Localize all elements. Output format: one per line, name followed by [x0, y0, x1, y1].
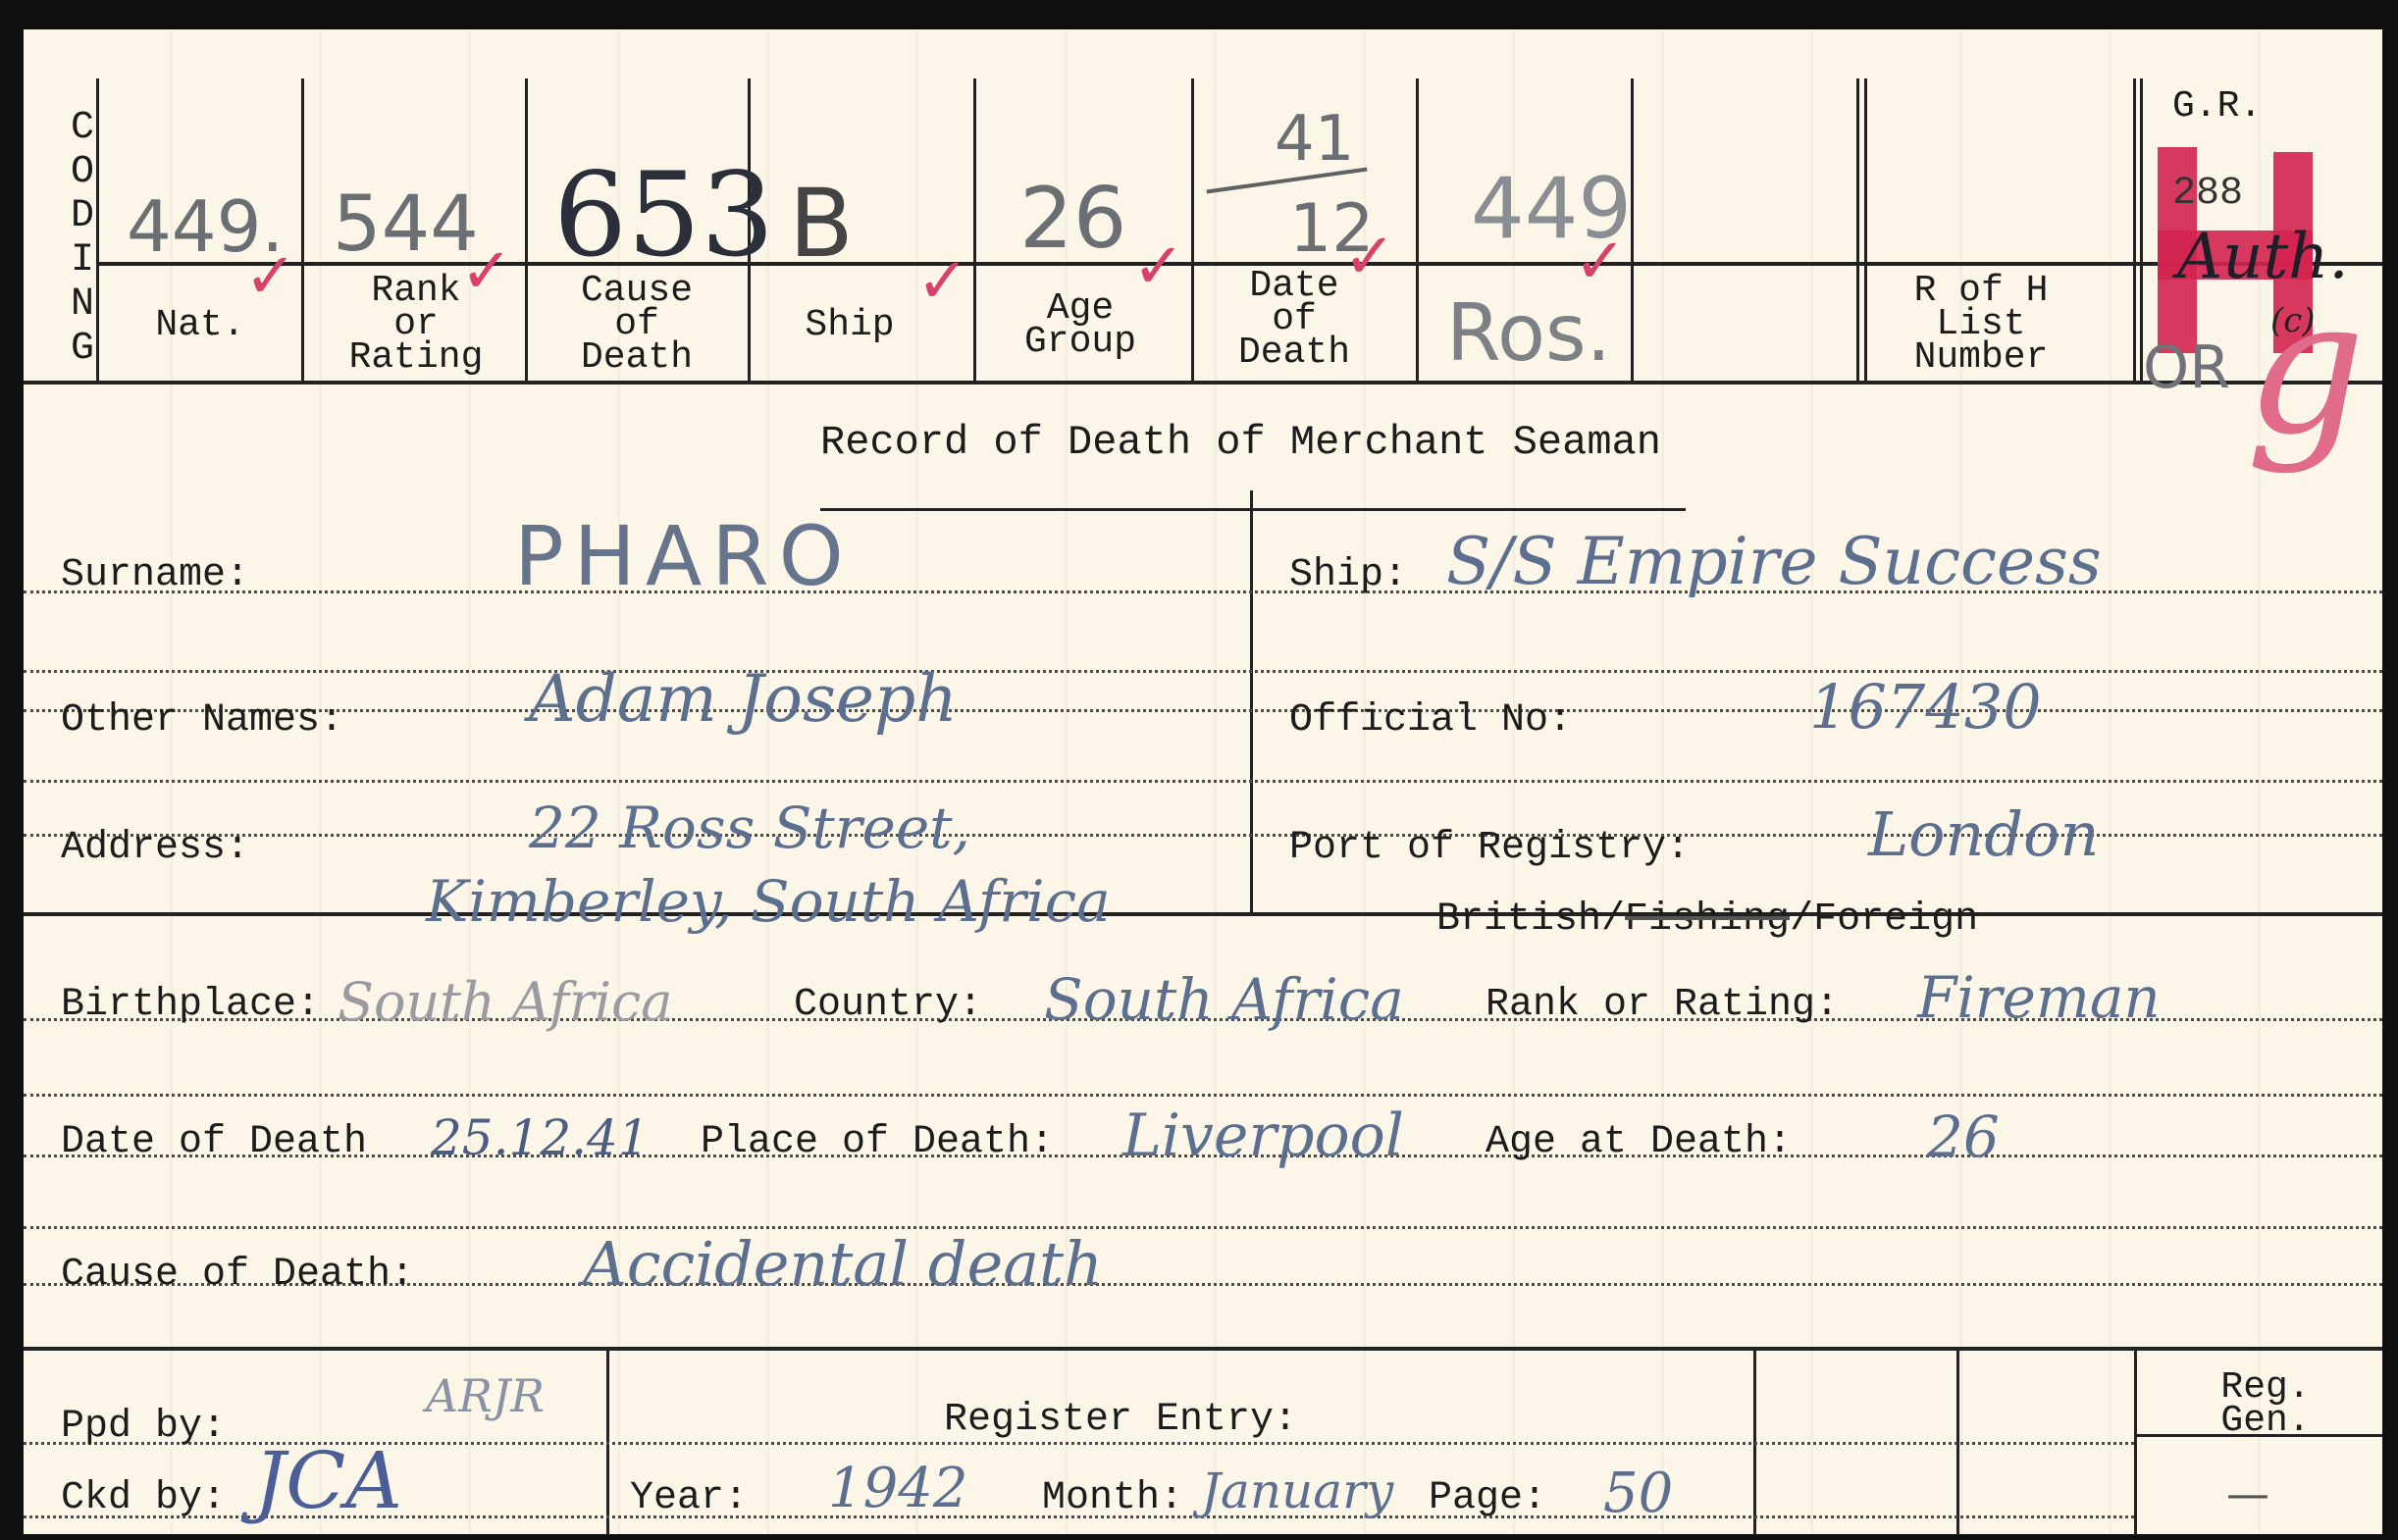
- label-line: Gen.: [2167, 1405, 2364, 1438]
- coding-col-divider: [1416, 78, 1419, 383]
- age-at-death-value: 26: [1927, 1108, 2000, 1165]
- official-no-value: 167430: [1809, 677, 2042, 738]
- gr-red-mark: g: [2246, 275, 2366, 461]
- other-names-value: Adam Joseph: [529, 667, 958, 732]
- ppd-by-label: Ppd by:: [61, 1408, 226, 1447]
- reg-gen-label: Reg. Gen.: [2167, 1371, 2364, 1438]
- coding-label-r-of-h-list-number: R of H List Number: [1868, 275, 2094, 375]
- check-mark-icon: ✓: [1132, 235, 1185, 298]
- place-of-death-value: Liverpool: [1122, 1106, 1404, 1165]
- coding-label-nationality: Nat.: [102, 309, 298, 342]
- gr-label: G.R.: [2172, 88, 2262, 126]
- year-label: Year:: [630, 1479, 748, 1518]
- code-annotation: Ros.: [1446, 294, 1611, 373]
- coding-col-divider: [2133, 78, 2136, 383]
- code-date-year: 41: [1275, 108, 1354, 171]
- page-label: Page:: [1429, 1479, 1546, 1518]
- year-value: 1942: [828, 1462, 968, 1516]
- register-entry-label: Register Entry:: [944, 1401, 1297, 1440]
- cause-of-death-value: Accidental death: [583, 1234, 1103, 1295]
- coding-col-divider: [96, 78, 99, 383]
- code-age-group: 26: [1019, 177, 1126, 261]
- footer-divider: [2134, 1349, 2137, 1535]
- cause-of-death-label: Cause of Death:: [61, 1256, 414, 1295]
- label-line: Nat.: [102, 309, 298, 342]
- death-record-card: C O D I N G Nat. Rank or Rating Cause of…: [24, 29, 2382, 1534]
- registry-british: British/: [1436, 898, 1625, 942]
- gr-pencil-mark: OR: [2143, 338, 2230, 397]
- rank-or-rating-label: Rank or Rating:: [1486, 986, 1839, 1025]
- port-of-registry-value: London: [1868, 804, 2099, 865]
- ship-value: S/S Empire Success: [1446, 530, 2102, 594]
- rule: [24, 1226, 2382, 1229]
- label-line: Death: [1196, 336, 1392, 370]
- title-underline: [820, 508, 1686, 511]
- date-of-death-label: Date of Death: [61, 1123, 367, 1162]
- check-mark-icon: ✓: [1574, 231, 1627, 293]
- label-line: Rating: [308, 341, 524, 375]
- form-column-divider: [1250, 490, 1253, 914]
- registry-type: British/Fishing/Foreign: [1436, 900, 1978, 940]
- coding-col-divider: [1191, 78, 1194, 383]
- section-divider: [24, 1347, 2382, 1351]
- form-title: Record of Death of Merchant Seaman: [820, 422, 1661, 463]
- check-mark-icon: ✓: [916, 250, 969, 313]
- check-mark-icon: ✓: [244, 245, 297, 308]
- rule: [24, 1094, 2382, 1097]
- coding-col-divider: [1856, 78, 1859, 383]
- coding-col-divider: [525, 78, 528, 383]
- check-mark-icon: ✓: [460, 240, 513, 303]
- month-value: January: [1201, 1466, 1393, 1515]
- reg-gen-value: —: [2226, 1473, 2269, 1516]
- ckd-by-value: JCA: [254, 1442, 402, 1520]
- page-value: 50: [1603, 1466, 1673, 1521]
- coding-col-divider: [973, 78, 976, 383]
- address-line-2: Kimberley, South Africa: [426, 873, 1111, 930]
- section-divider: [24, 912, 2382, 916]
- address-line-1: 22 Ross Street,: [529, 799, 970, 856]
- surname-value: PHARO: [514, 515, 854, 597]
- registry-fishing: Fishing: [1625, 898, 1790, 942]
- ckd-by-label: Ckd by:: [61, 1479, 226, 1518]
- coding-label-cause: Cause of Death: [529, 275, 745, 375]
- registry-separator: /: [1790, 898, 1813, 942]
- place-of-death-label: Place of Death:: [701, 1123, 1054, 1162]
- date-of-death-value: 25.12.41: [431, 1113, 650, 1162]
- label-line: Number: [1868, 341, 2094, 375]
- label-line: Group: [977, 326, 1183, 359]
- code-cause-of-death: 653: [553, 157, 774, 273]
- check-mark-icon: ✓: [1343, 226, 1396, 288]
- other-names-label: Other Names:: [61, 701, 343, 741]
- ship-label: Ship:: [1289, 556, 1407, 595]
- code-rank: 544: [333, 186, 479, 263]
- rule: [24, 780, 2382, 783]
- birthplace-value: South Africa: [338, 976, 672, 1029]
- surname-label: Surname:: [61, 556, 249, 595]
- birthplace-label: Birthplace:: [61, 986, 320, 1025]
- official-no-label: Official No:: [1289, 701, 1572, 741]
- coding-col-divider: [301, 78, 304, 383]
- gr-number: 288: [2172, 175, 2243, 214]
- coding-col-divider: [1864, 78, 1867, 383]
- ppd-by-value: ARJR: [426, 1373, 545, 1418]
- rank-or-rating-value: Fireman: [1917, 969, 2161, 1026]
- label-line: Death: [529, 341, 745, 375]
- port-of-registry-label: Port of Registry:: [1289, 829, 1690, 868]
- registry-foreign: Foreign: [1813, 898, 1978, 942]
- country-label: Country:: [794, 986, 982, 1025]
- address-label: Address:: [61, 829, 249, 868]
- age-at-death-label: Age at Death:: [1486, 1123, 1792, 1162]
- code-ship: B: [789, 177, 854, 271]
- coding-bottom-divider: [24, 381, 2382, 385]
- month-label: Month:: [1042, 1479, 1183, 1518]
- country-value: South Africa: [1044, 971, 1404, 1028]
